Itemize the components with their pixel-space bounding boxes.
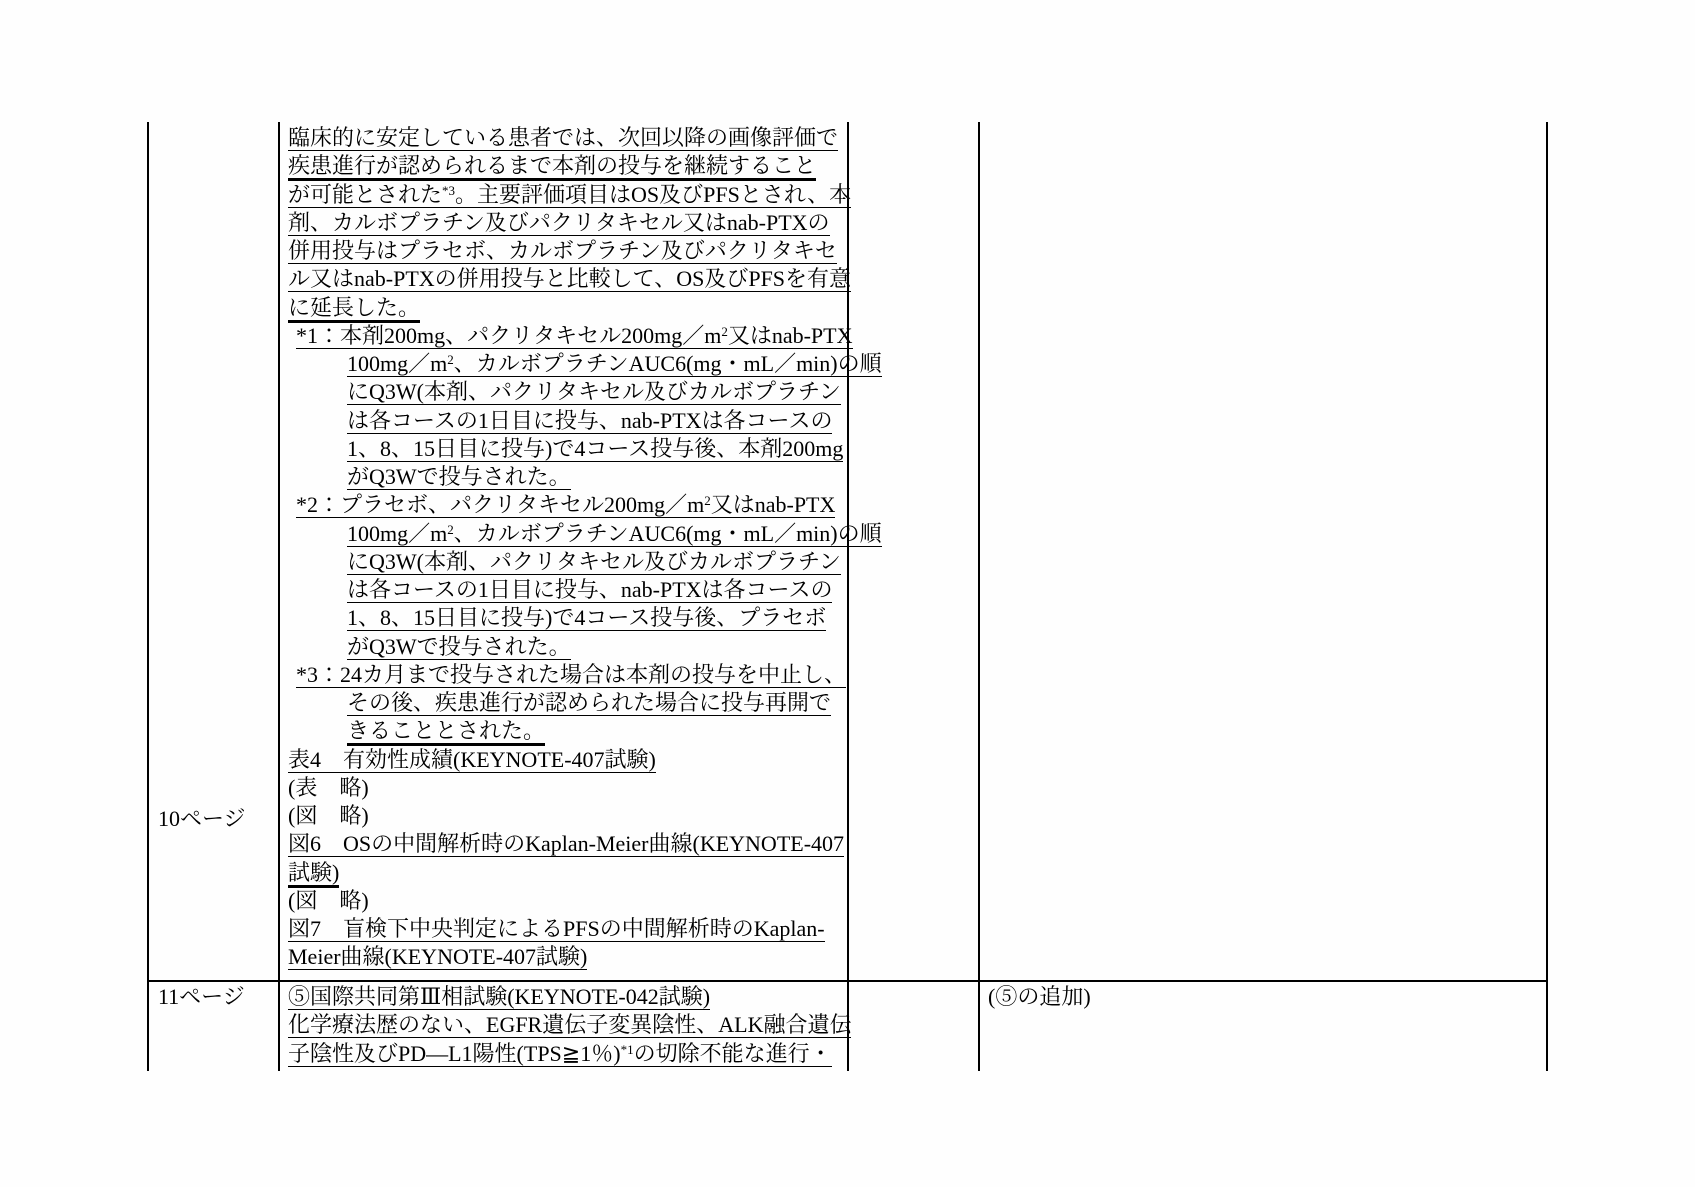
superscript: 2 — [721, 324, 728, 339]
table-left-border — [147, 122, 149, 1071]
text-line: 子陰性及びPD―L1陽性(TPS≧1％)*1の切除不能な進行・ — [288, 1040, 853, 1068]
text-line: (図 略) — [288, 887, 853, 915]
page-number-label-row1: 10ページ — [158, 805, 246, 833]
text-line: ル又はnab-PTXの併用投与と比較して、OS及びPFSを有意 — [288, 265, 853, 293]
text-line: 図6 OSの中間解析時のKaplan-Meier曲線(KEYNOTE-407 — [288, 830, 853, 858]
text-line: 併用投与はプラセボ、カルボプラチン及びパクリタキセ — [288, 237, 853, 265]
text-line: がQ3Wで投与された。 — [288, 463, 853, 491]
text-line: に延長した。 — [288, 294, 853, 322]
text-line: *3：24カ月まで投与された場合は本剤の投与を中止し、 — [288, 661, 853, 689]
right-column-divider — [978, 122, 980, 1071]
text-line: 化学療法歴のない、EGFR遺伝子変異陰性、ALK融合遺伝 — [288, 1011, 853, 1039]
superscript: *3 — [442, 183, 455, 198]
table-row-divider — [147, 980, 1548, 982]
text-line: (表 略) — [288, 774, 853, 802]
text-line: がQ3Wで投与された。 — [288, 633, 853, 661]
text-line: が可能とされた*3。主要評価項目はOS及びPFSとされ、本 — [288, 181, 853, 209]
page-column-divider-left — [278, 122, 280, 1071]
text-line: 100mg／m2、カルボプラチンAUC6(mg・mL／min)の順 — [288, 350, 853, 378]
text-line: にQ3W(本剤、パクリタキセル及びカルボプラチン — [288, 548, 853, 576]
text-line: ⑤国際共同第Ⅲ相試験(KEYNOTE-042試験) — [288, 983, 853, 1011]
text-line: 100mg／m2、カルボプラチンAUC6(mg・mL／min)の順 — [288, 520, 853, 548]
text-line: (図 略) — [288, 802, 853, 830]
text-line: 剤、カルボプラチン及びパクリタキセル又はnab-PTXの — [288, 209, 853, 237]
superscript: 2 — [447, 522, 454, 537]
text-line: *1：本剤200mg、パクリタキセル200mg／m2又はnab-PTX — [288, 322, 853, 350]
remark-cell-row2: (⑤の追加) — [988, 983, 1091, 1011]
text-line: *2：プラセボ、パクリタキセル200mg／m2又はnab-PTX — [288, 491, 853, 519]
text-line: は各コースの1日目に投与、nab-PTXは各コースの — [288, 407, 853, 435]
text-line: その後、疾患進行が認められた場合に投与再開で — [288, 689, 853, 717]
text-line: にQ3W(本剤、パクリタキセル及びカルボプラチン — [288, 378, 853, 406]
superscript: 2 — [704, 493, 711, 508]
text-line: 試験) — [288, 859, 853, 887]
text-line: 図7 盲検下中央判定によるPFSの中間解析時のKaplan- — [288, 915, 853, 943]
text-line: (⑤の追加) — [988, 983, 1091, 1011]
revision-comparison-document-page: 10ページ 臨床的に安定している患者では、次回以降の画像評価で疾患進行が認められ… — [0, 0, 1695, 1187]
content-cell-row1: 臨床的に安定している患者では、次回以降の画像評価で疾患進行が認められるまで本剤の… — [288, 124, 853, 972]
superscript: 2 — [447, 352, 454, 367]
table-right-border — [1546, 122, 1548, 1071]
text-line: 表4 有効性成績(KEYNOTE-407試験) — [288, 746, 853, 774]
text-line: 臨床的に安定している患者では、次回以降の画像評価で — [288, 124, 853, 152]
superscript: *1 — [621, 1042, 634, 1057]
text-line: きることとされた。 — [288, 717, 853, 745]
text-line: 疾患進行が認められるまで本剤の投与を継続すること — [288, 152, 853, 180]
page-number-label-row2: 11ページ — [158, 983, 245, 1011]
text-line: 1、8、15日目に投与)で4コース投与後、本剤200mg — [288, 435, 853, 463]
text-line: Meier曲線(KEYNOTE-407試験) — [288, 943, 853, 971]
text-line: は各コースの1日目に投与、nab-PTXは各コースの — [288, 576, 853, 604]
content-cell-row2: ⑤国際共同第Ⅲ相試験(KEYNOTE-042試験)化学療法歴のない、EGFR遺伝… — [288, 983, 853, 1068]
text-line: 1、8、15日目に投与)で4コース投与後、プラセボ — [288, 604, 853, 632]
